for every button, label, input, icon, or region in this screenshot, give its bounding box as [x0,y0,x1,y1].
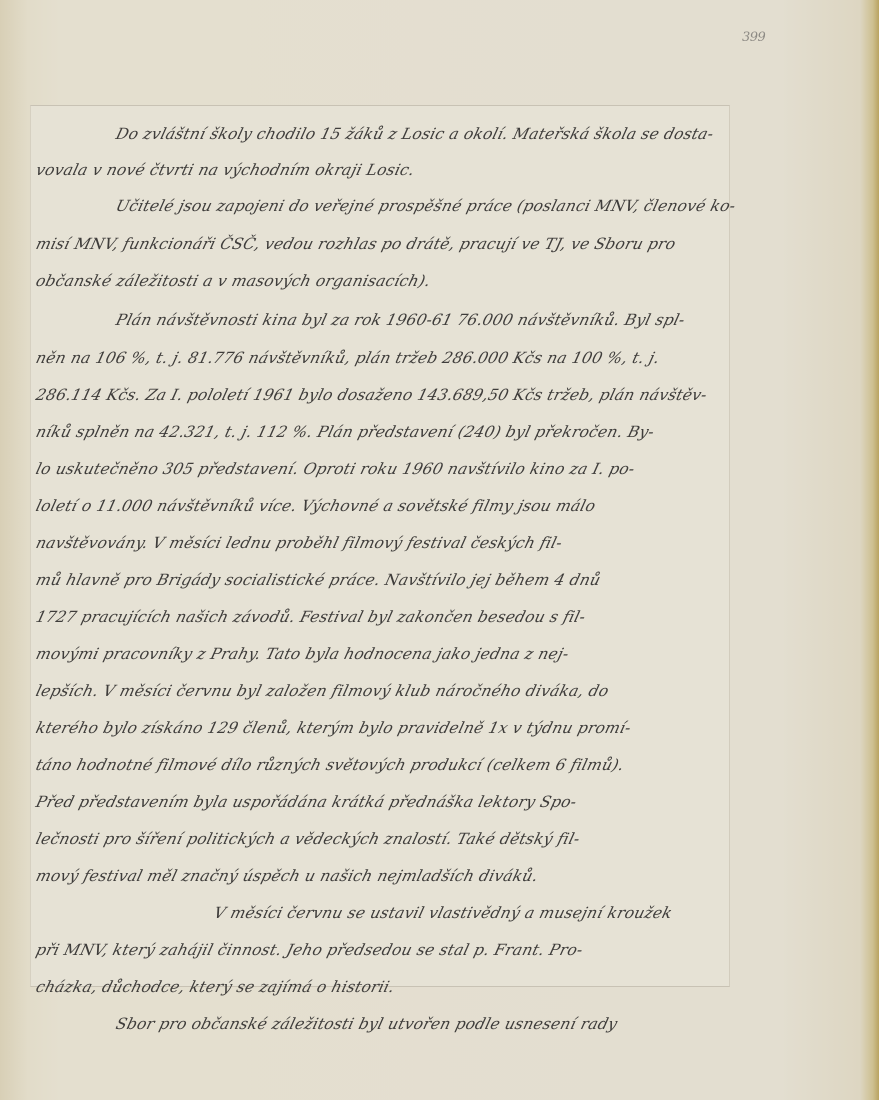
text-line: Sbor pro občanské záležitosti byl utvoře… [34,1015,818,1033]
text-line: 286.114 Kčs. Za I. pololetí 1961 bylo do… [34,386,738,404]
text-line: občanské záležitosti a v masových organi… [34,272,738,290]
text-line: kterého bylo získáno 129 členů, kterým b… [34,719,738,737]
text-line: níků splněn na 42.321, t. j. 112 %. Plán… [34,423,738,441]
text-line: Před představením byla uspořádána krátká… [34,793,738,811]
text-line: lo uskutečněno 305 představení. Oproti r… [34,460,738,478]
text-line: misí MNV, funkcionáři ČSČ, vedou rozhlas… [34,235,738,253]
text-line: cházka, důchodce, který se zajímá o hist… [34,978,738,996]
text-line: lepších. V měsíci červnu byl založen fil… [34,682,738,700]
text-line: Učitelé jsou zapojeni do veřejné prospěš… [34,197,818,215]
text-line: mů hlavně pro Brigády socialistické prác… [34,571,738,589]
text-line: lečnosti pro šíření politických a vědeck… [34,830,738,848]
text-line: loletí o 11.000 návštěvníků více. Výchov… [34,497,738,515]
text-line: Do zvláštní školy chodilo 15 žáků z Losi… [34,125,818,143]
text-line: navštěvovány. V měsíci lednu proběhl fil… [34,534,738,552]
text-line: Plán návštěvnosti kina byl za rok 1960-6… [34,311,818,329]
text-line: vovala v nové čtvrti na východním okraji… [34,161,738,179]
text-line: táno hodnotné filmové dílo různých světo… [34,756,738,774]
text-line: něn na 106 %, t. j. 81.776 návštěvníků, … [34,349,738,367]
page-number: 399 [742,30,765,45]
text-line: movými pracovníky z Prahy. Tato byla hod… [34,645,738,663]
scanned-page: 399 Do zvláštní školy chodilo 15 žáků z … [0,0,879,1100]
text-line: mový festival měl značný úspěch u našich… [34,867,738,885]
text-line: V měsíci červnu se ustavil vlastivědný a… [34,904,879,922]
text-line: při MNV, který zahájil činnost. Jeho pře… [34,941,738,959]
text-line: 1727 pracujících našich závodů. Festival… [34,608,738,626]
